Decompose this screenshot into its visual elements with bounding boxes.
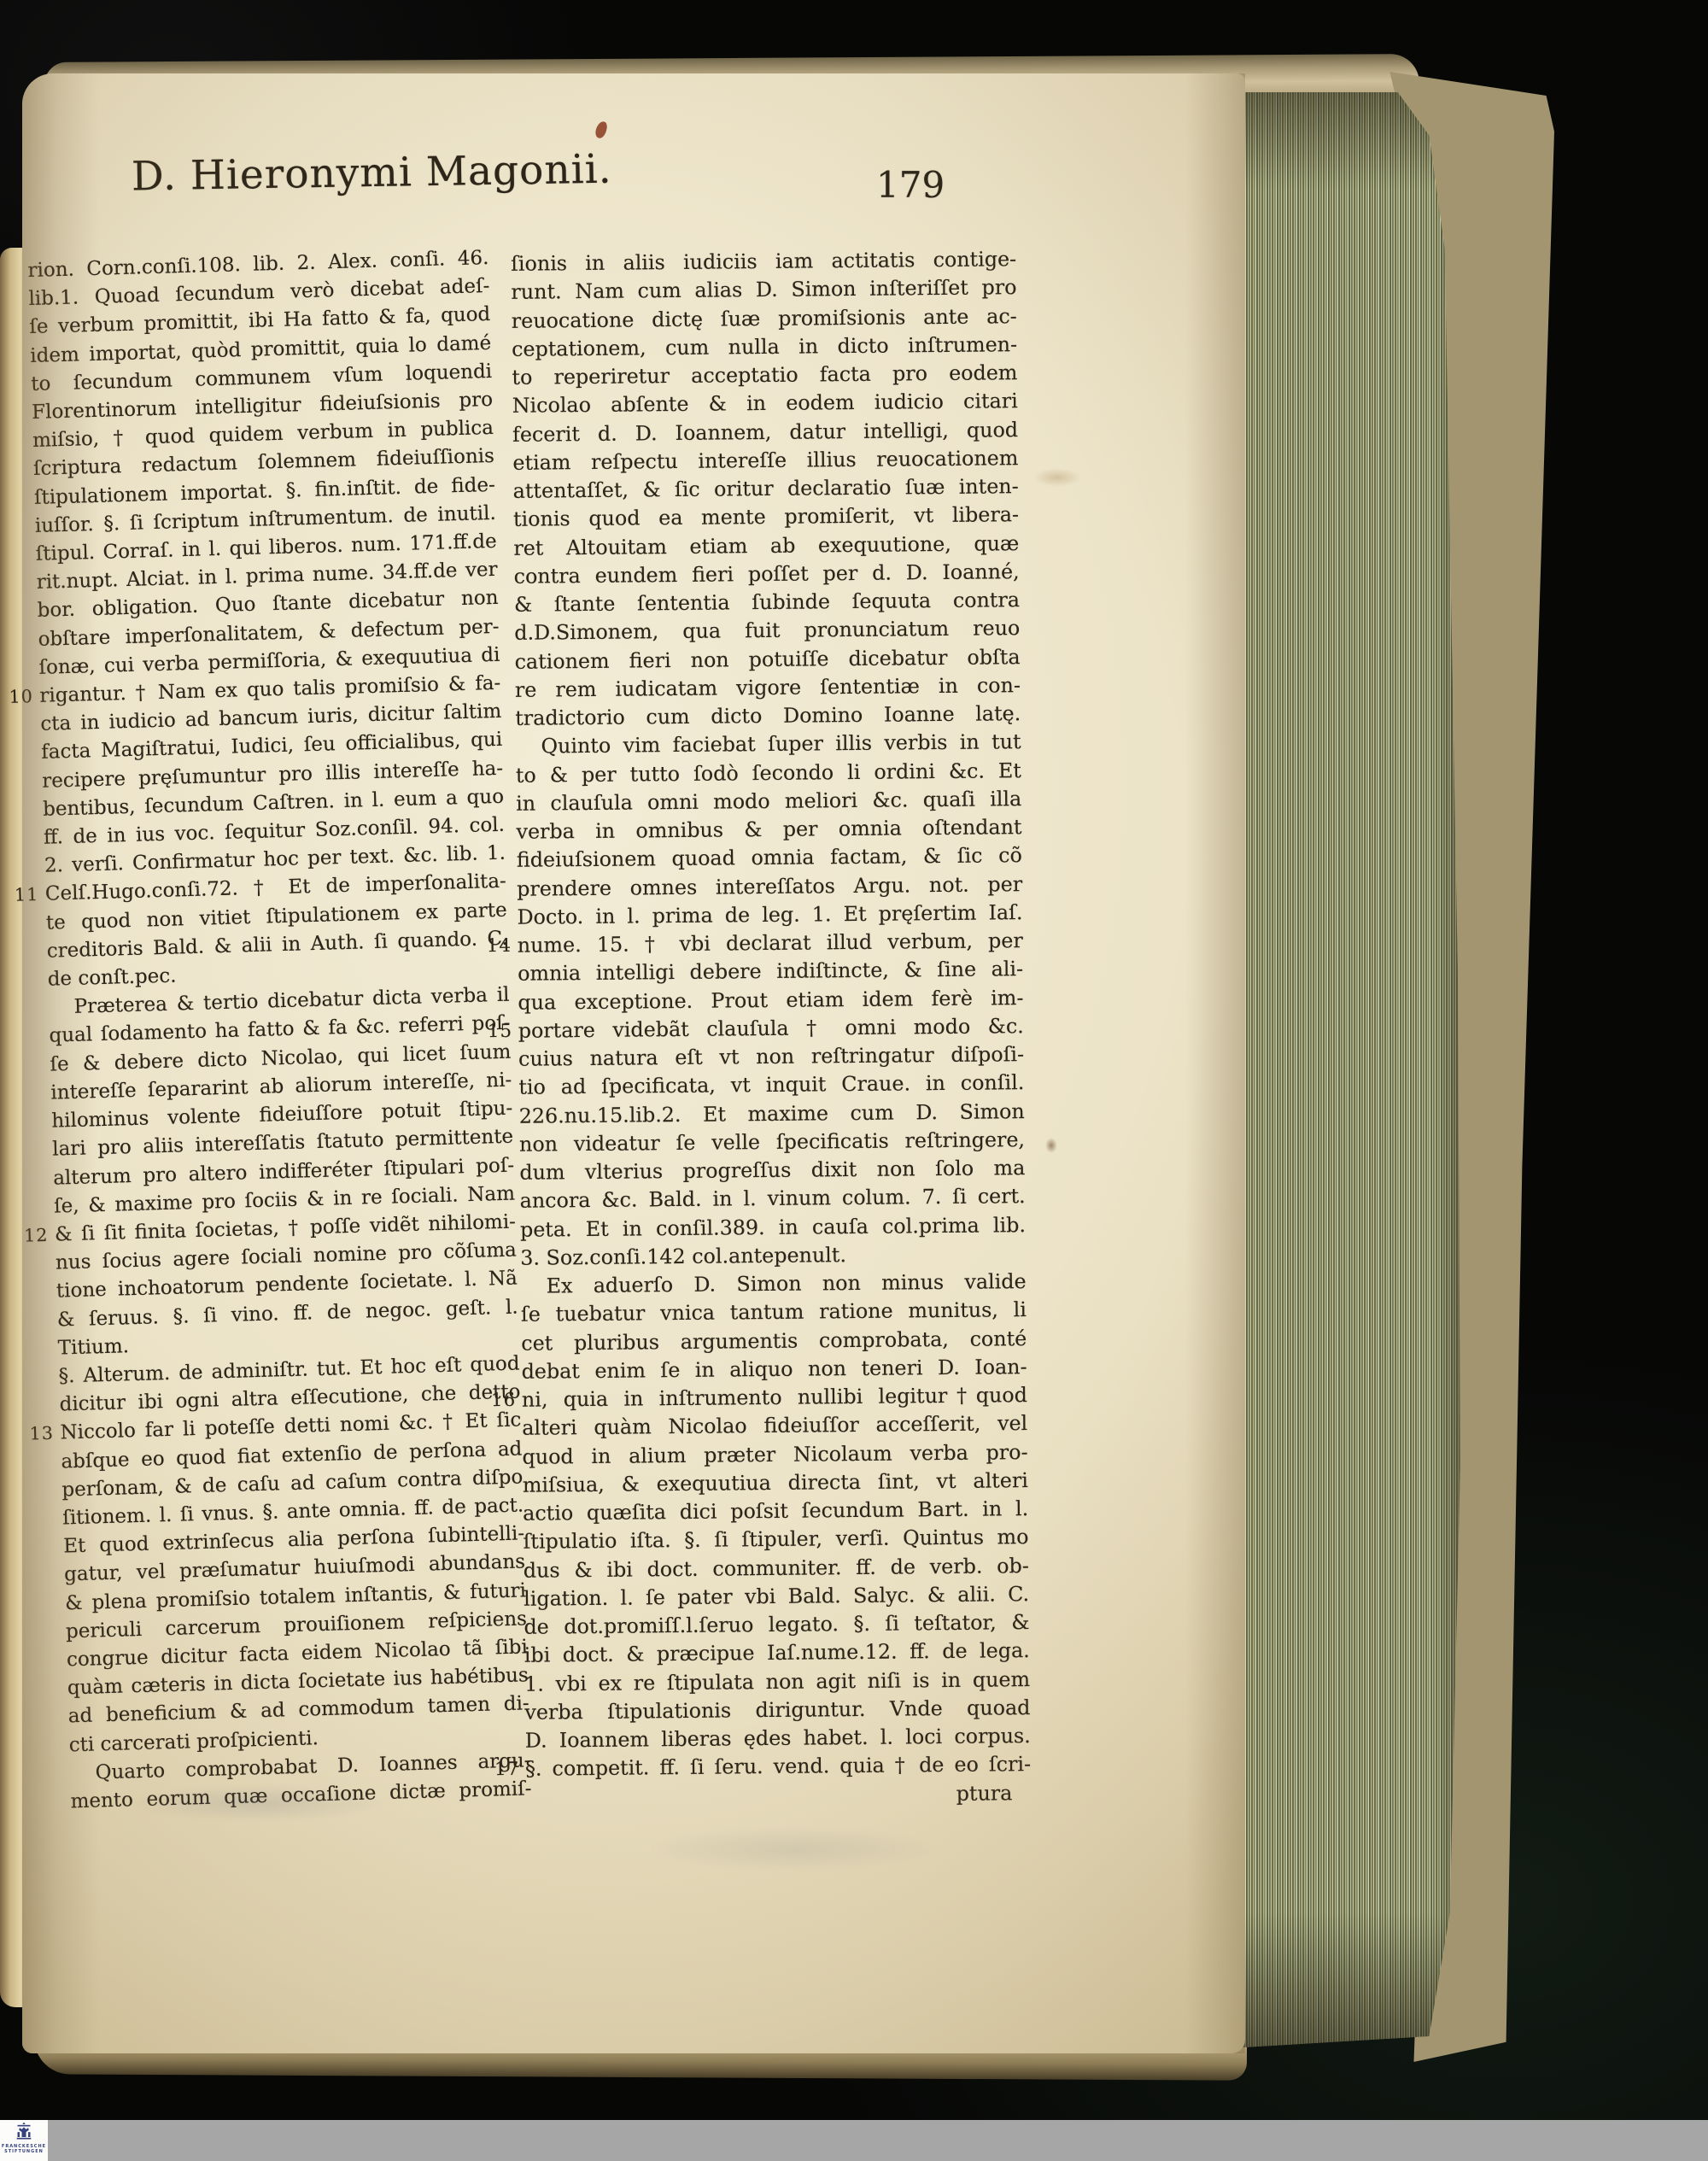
text-line: in clauſula omni modo meliori &c. quaſi … [516, 785, 1021, 818]
text-line: ret Altouitam etiam ab exequutione, quæ [513, 530, 1019, 563]
text-line: actio quæſita dici poſsit ſecundum Bart.… [523, 1495, 1028, 1528]
text-line: cet pluribus argumentis comprobata, cont… [521, 1325, 1027, 1358]
text-line: re rem iudicatam vigore ſententiæ in con… [515, 671, 1021, 705]
text-line: verba in omnibus & per omnia oſtendant [516, 813, 1021, 846]
catchword: ptura [525, 1779, 1031, 1813]
text-line: miſsiua, & exequutiua directa ſint, vt a… [523, 1467, 1028, 1500]
text-line: debat enim ſe in aliquo non teneri D. Io… [521, 1353, 1027, 1386]
text-line: cuius natura eſt vt non reſtringatur diſ… [518, 1040, 1024, 1074]
text-line: peta. Et in conſil.389. in cauſa col.pri… [520, 1211, 1026, 1244]
text-line: ligation. l. ſe pater vbi Bald. Salyc. &… [524, 1580, 1029, 1613]
fore-edge-shadow [1185, 73, 1245, 2053]
text-line: Nicolao abſente & in eodem iudicio citar… [512, 387, 1018, 420]
text-line: tradictorio cum dicto Domino Ioanne latę… [515, 700, 1021, 733]
scan-bottom-bar: FRANCKESCHE STIFTUNGEN [0, 2120, 1708, 2161]
text-line: D. Ioannem liberas ędes habet. l. loci c… [525, 1722, 1031, 1755]
text-line: portare videbãt clauſula † omni modo &c… [518, 1012, 1024, 1045]
text-line: Ex aduerſo D. Simon non minus valide [521, 1268, 1027, 1301]
text-line: non videatur ſe velle ſpecificatis reſtr… [519, 1126, 1025, 1159]
text-line: Quinto vim faciebat ſuper illis verbis i… [515, 728, 1021, 761]
text-line: §. competit. ff. ſi ſeru. vend. quia † d… [525, 1750, 1031, 1783]
book-page: D. Hieronymi Magonii. 179 rion. Corn.con… [22, 73, 1245, 2053]
margin-number: 12 [24, 1221, 52, 1250]
text-line: to & per tutto ſodò ſecondo li ordini &c… [516, 757, 1021, 790]
text-line: prendere omnes intereſſatos Argu. not. p… [517, 870, 1022, 904]
text-line: contra eundem fieri poſſet per d. D. Ioa… [514, 558, 1020, 591]
text-line: runt. Nam cum alias D. Simon inſteriſſet… [511, 273, 1016, 307]
text-line: tio ad ſpecificata, vt inquit Craue. in … [518, 1069, 1024, 1102]
text-line: qua exceptione. Prout etiam idem ferè im… [518, 984, 1023, 1017]
text-line: cationem fieri non potuiſſe dicebatur ob… [514, 643, 1020, 676]
running-header: D. Hieronymi Magonii. [132, 144, 730, 201]
text-line: & ſtante ſententia ſubinde ſequuta contr… [514, 586, 1020, 619]
text-column-right: ſionis in aliis iudiciis iam actitatis c… [511, 245, 1032, 1812]
text-line: nume. 15. † vbi declarat illud verbum, p… [518, 927, 1023, 960]
page-number: 179 [876, 164, 945, 206]
text-line: quod in alium præter Nicolaum verba pro- [522, 1438, 1027, 1472]
margin-number: 10 [9, 682, 37, 712]
text-line: omnia intelligi debere indiſtincte, & ſi… [518, 955, 1023, 988]
text-line: verba ſtipulationis diriguntur. Vnde quo… [524, 1694, 1030, 1727]
text-line: 1. vbi ex re ſtipulata non agit niſi is … [524, 1666, 1030, 1699]
text-line: Docto. in l. prima de leg. 1. Et pręſert… [517, 899, 1022, 932]
text-line: etiam reſpectu intereſſe illius reuocati… [512, 444, 1018, 477]
margin-number: 17 [494, 1755, 522, 1784]
text-line: 226.nu.15.lib.2. Et maxime cum D. Simon [519, 1098, 1025, 1131]
text-line: alteri quàm Nicolao fideiuſſor acceſſeri… [522, 1409, 1027, 1443]
text-line: ceptationem, cum nulla in dicto inſtrume… [512, 331, 1017, 364]
franckesche-stiftungen-logo-icon [15, 2122, 32, 2144]
text-line: ſe tuebatur vnica tantum ratione munitus… [521, 1296, 1027, 1329]
text-line: ſtipulatio iſta. §. ſi ſtipuler, verſi. … [523, 1523, 1028, 1556]
book-scan-photo: D. Hieronymi Magonii. 179 rion. Corn.con… [0, 0, 1708, 2161]
margin-number: 11 [15, 881, 43, 910]
text-line: fecerit d. D. Ioannem, datur intelligi, … [512, 416, 1018, 449]
watermark-text-line2: STIFTUNGEN [4, 2149, 44, 2154]
text-line: reuocatione dictę ſuæ promiſsionis ante … [512, 302, 1017, 336]
text-line: tionis quod ea mente promiſerit, vt libe… [513, 501, 1019, 534]
text-line: attentaſſet, & ſic oritur declaratio ſuæ… [513, 472, 1019, 506]
margin-number: 16 [491, 1386, 518, 1415]
margin-number: 15 [488, 1017, 515, 1046]
margin-number: 14 [487, 932, 514, 961]
text-line: ancora &c. Bald. in l. vinum colum. 7. ſ… [520, 1182, 1026, 1215]
text-line: to reperiretur acceptatio facta pro eode… [512, 359, 1017, 392]
text-line: ni, quia in inſtrumento nullibi legitur†… [522, 1381, 1027, 1414]
text-line: ſionis in aliis iudiciis iam actitatis c… [511, 245, 1016, 278]
text-line: d.D.Simonem, qua fuit pronunciatum reuo [514, 614, 1020, 647]
text-line: ibi doct. & præcipue Iaſ.nume.12. ff. de… [524, 1637, 1030, 1670]
text-line: 3. Soz.conſi.142 col.antepenult. [520, 1239, 1026, 1273]
text-line: fideiuſsionem quoad omnia factam, & ſic … [517, 841, 1022, 875]
text-line: dum vlterius progreſſus dixit non ſolo m… [519, 1154, 1025, 1187]
text-line: dus & ibi doct. communiter. ff. de verb.… [524, 1552, 1029, 1585]
margin-number: 13 [29, 1420, 57, 1449]
text-column-left: rion. Corn.conſi.108. lib. 2. Alex. conſ… [27, 244, 532, 1817]
library-watermark: FRANCKESCHE STIFTUNGEN [0, 2120, 48, 2161]
text-line: de dot.promiſſ.l.ſeruo legato. §. ſi teſ… [524, 1608, 1029, 1642]
